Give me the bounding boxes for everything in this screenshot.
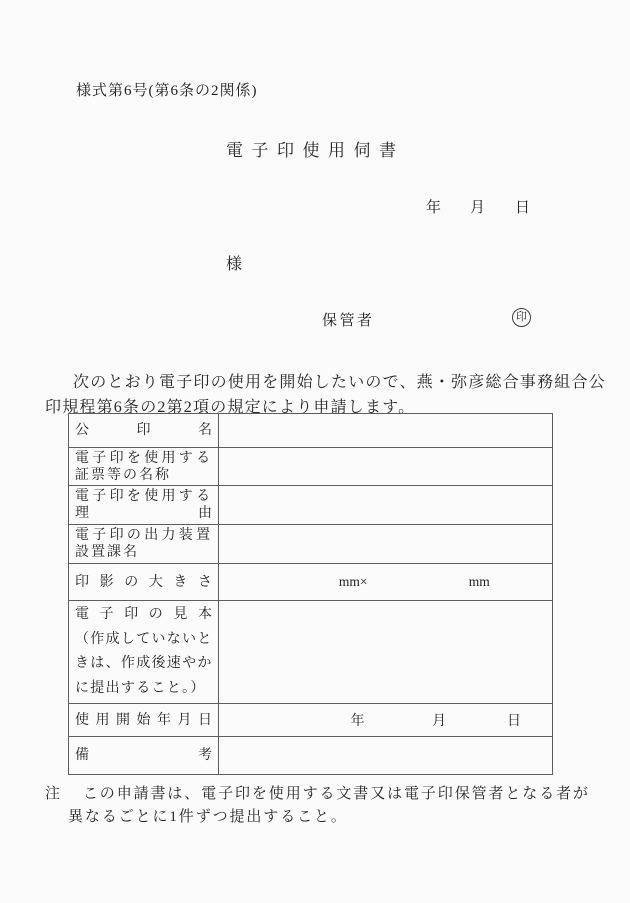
custodian-line: 保管者 印: [322, 308, 552, 330]
row-label: 備 考: [69, 737, 219, 774]
note-line-1: この申請書は、電子印を使用する文書又は電子印保管者となる者が: [83, 783, 590, 806]
row-label: 印 影 の 大 き さ: [69, 564, 219, 600]
seal-sample-field: [219, 601, 552, 703]
note-label: 注: [45, 783, 62, 806]
application-table: 公 印 名 電子印を使用する 証票等の名称 電子印を使用する 理 由 電子印の出…: [68, 413, 553, 775]
mm-unit-1: mm×: [339, 574, 368, 590]
inkan-seal-icon: 印: [512, 308, 531, 327]
row-label: 電子印を使用する 証票等の名称: [69, 448, 219, 485]
year-label: 年: [426, 196, 441, 217]
table-row-seal-name: 公 印 名: [69, 414, 552, 448]
seal-mark-text: 印: [516, 312, 527, 323]
footer-note: 注 この申請書は、電子印を使用する文書又は電子印保管者となる者が 異なるごとに1…: [45, 783, 615, 829]
mm-unit-2: mm: [469, 574, 490, 590]
row-label: 公 印 名: [69, 414, 219, 447]
certificate-name-field: [219, 448, 552, 485]
year-label: 年: [351, 710, 365, 730]
note-line-2: 異なるごとに1件ずつ提出すること。: [45, 806, 615, 829]
row-label: 使 用 開 始 年 月 日: [69, 704, 219, 736]
month-label: 月: [470, 196, 485, 217]
seal-name-field: [219, 414, 552, 447]
usage-start-date-field: 年 月 日: [219, 704, 552, 736]
table-row-certificate-name: 電子印を使用する 証票等の名称: [69, 448, 552, 486]
table-row-usage-reason: 電子印を使用する 理 由: [69, 486, 552, 525]
table-row-seal-sample: 電 子 印 の 見 本 （作成していないと きは、作成後速やか に提出すること。…: [69, 601, 552, 704]
day-label: 日: [515, 196, 530, 217]
intro-line-1: 次のとおり電子印の使用を開始したいので、燕・弥彦総合事務組合公: [45, 370, 607, 395]
usage-reason-field: [219, 486, 552, 524]
custodian-label: 保管者: [322, 309, 375, 330]
row-label: 電子印の出力装置 設置課名: [69, 525, 219, 563]
day-label: 日: [507, 710, 521, 730]
row-label: 電 子 印 の 見 本 （作成していないと きは、作成後速やか に提出すること。…: [69, 601, 219, 703]
remarks-field: [219, 737, 552, 774]
table-row-output-device-section: 電子印の出力装置 設置課名: [69, 525, 552, 564]
document-title: 電子印使用伺書: [226, 136, 405, 161]
table-row-usage-start-date: 使 用 開 始 年 月 日 年 月 日: [69, 704, 552, 737]
date-line: 年 月 日: [0, 196, 630, 216]
form-number: 様式第6号(第6条の2関係): [76, 79, 258, 100]
table-row-remarks: 備 考: [69, 737, 552, 774]
month-label: 月: [432, 710, 446, 730]
row-label: 電子印を使用する 理 由: [69, 486, 219, 524]
seal-size-field: mm× mm: [219, 564, 552, 600]
output-device-section-field: [219, 525, 552, 563]
table-row-seal-impression-size: 印 影 の 大 き さ mm× mm: [69, 564, 552, 601]
addressee-honorific: 様: [226, 251, 242, 274]
document-page: 様式第6号(第6条の2関係) 電子印使用伺書 年 月 日 様 保管者 印 次のと…: [0, 0, 630, 903]
